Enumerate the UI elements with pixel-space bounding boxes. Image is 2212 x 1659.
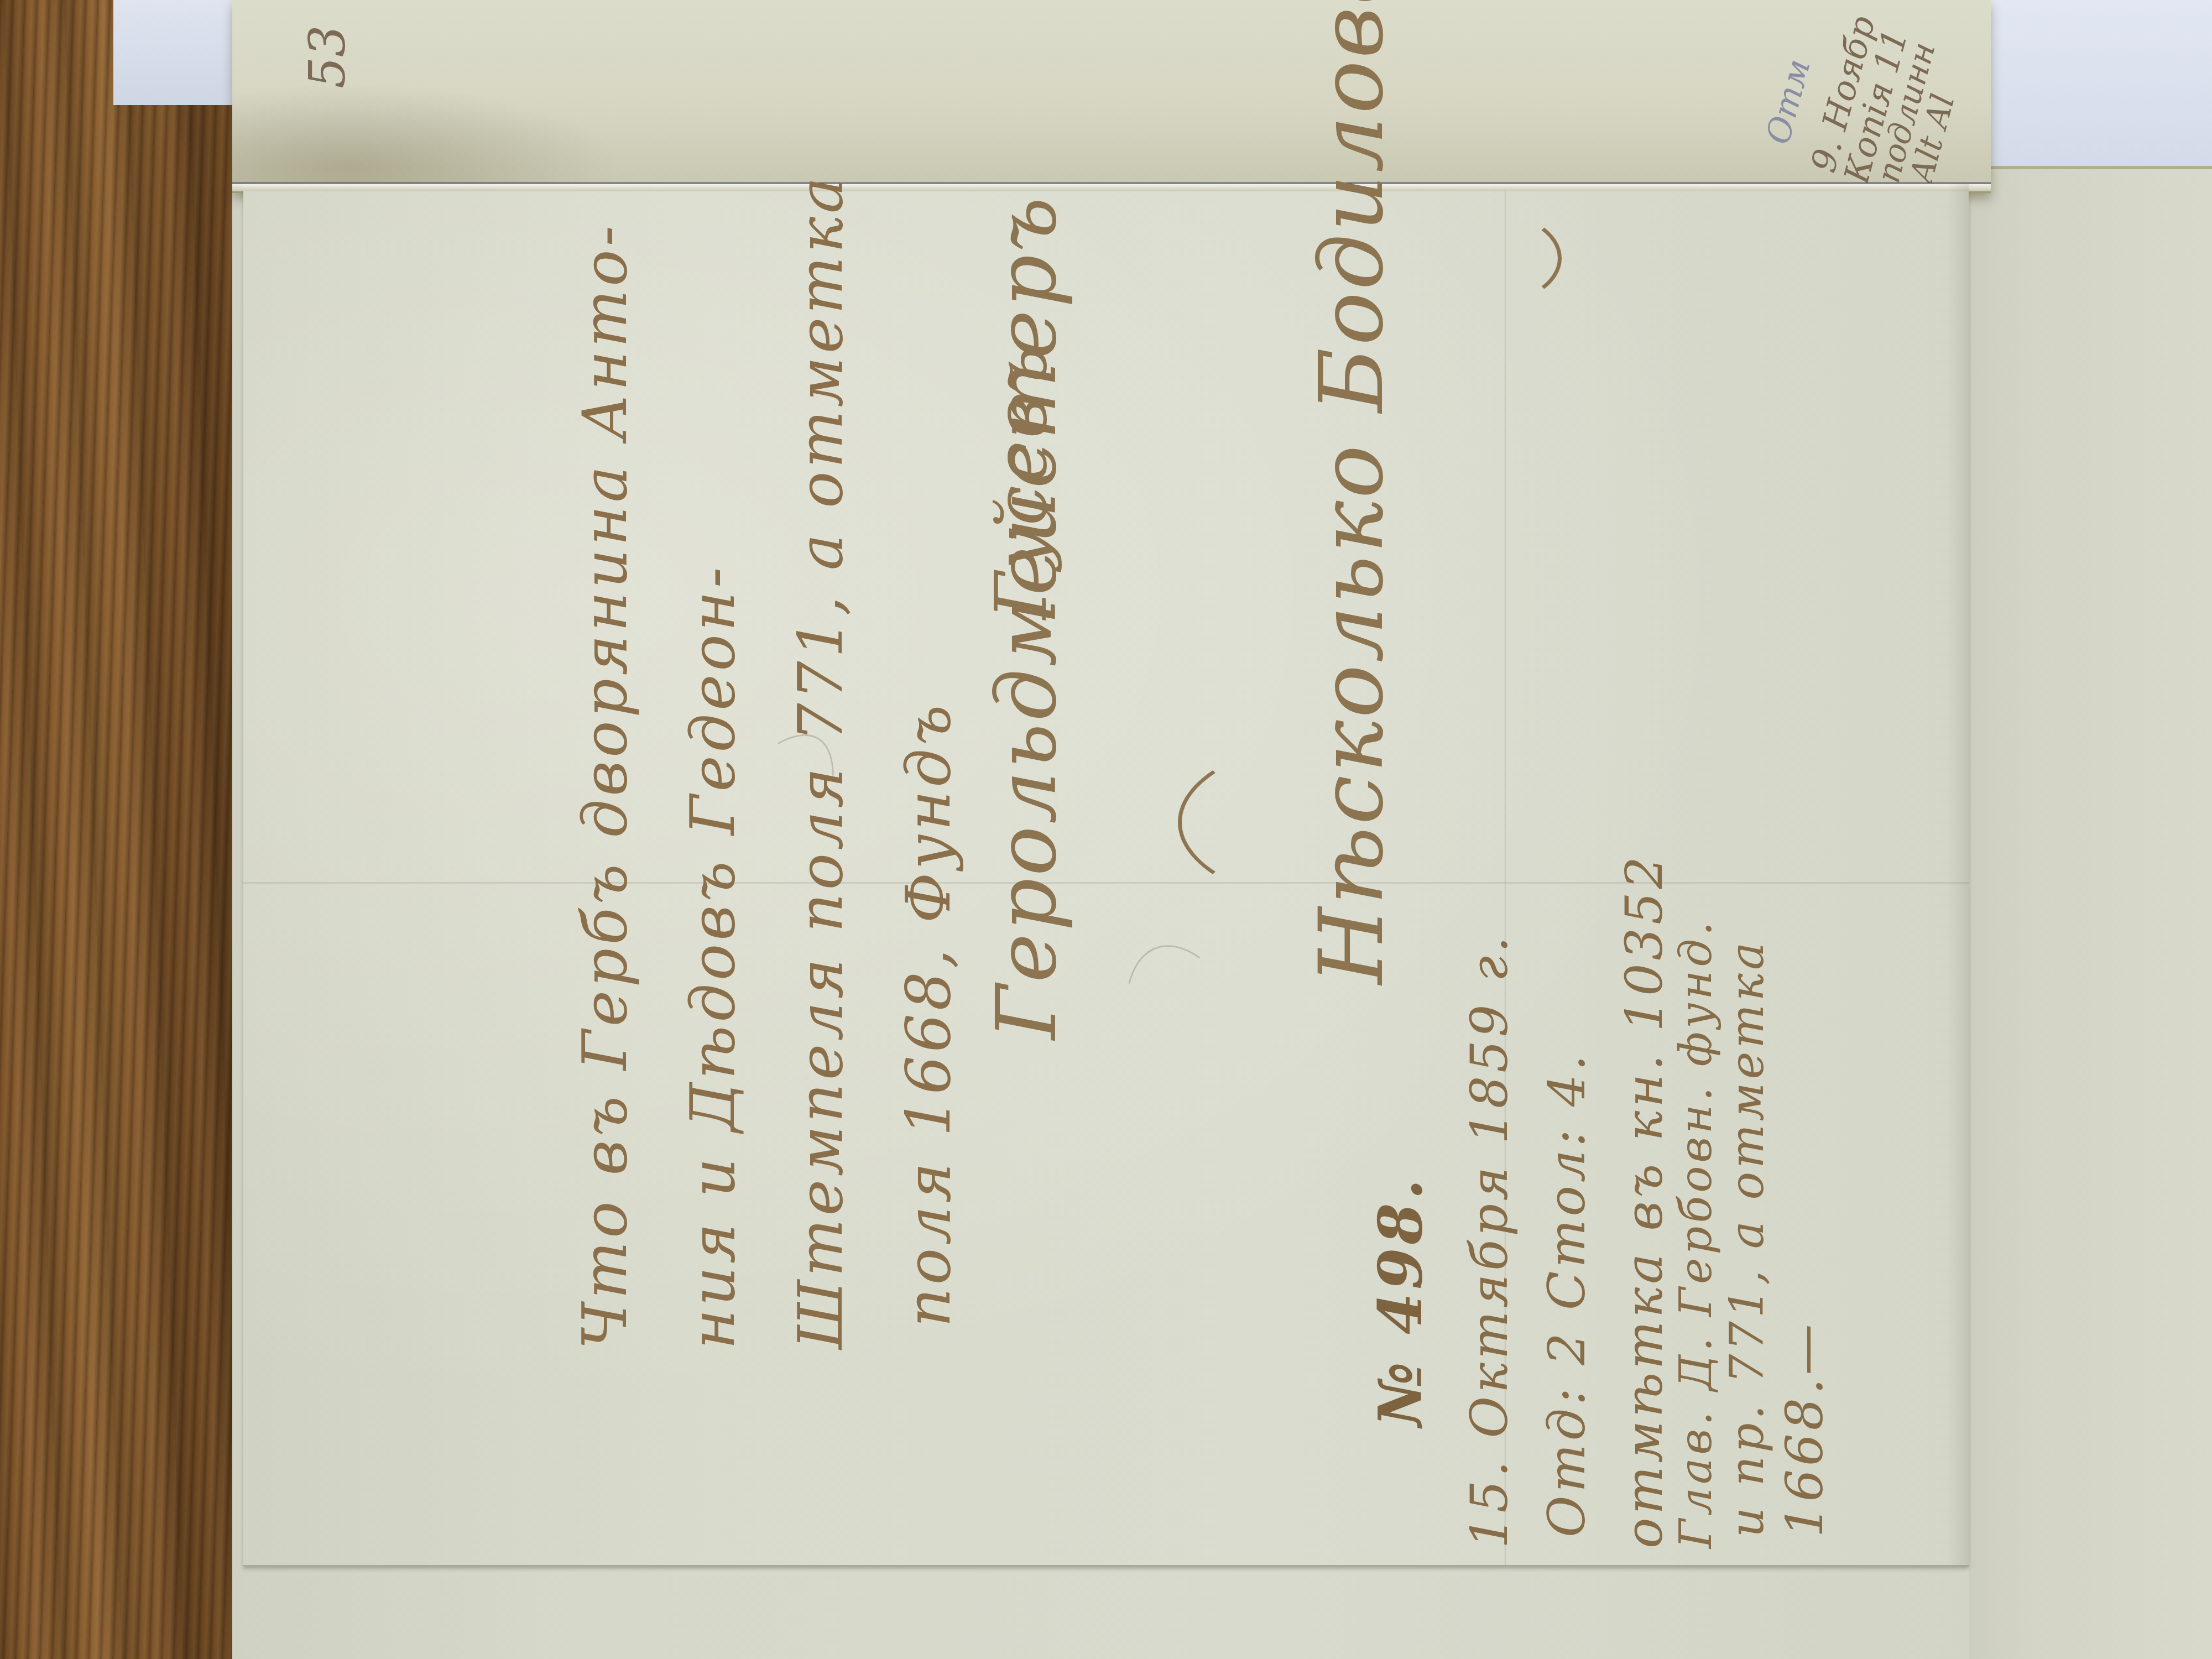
- signature-title-suffix: Гусевъ: [979, 344, 1063, 619]
- blue-backing-sheet-left: [113, 0, 241, 105]
- blue-backing-sheet-right: [1988, 0, 2212, 166]
- signature-flourish: [1178, 735, 1528, 909]
- body-line-1: Что въ Гербъ дворянина Анто-: [570, 222, 640, 1349]
- signature-flourish-end: [1410, 210, 1562, 306]
- binding-seam: [232, 182, 1991, 191]
- registration-date: 15. Октября 1859 г.: [1460, 933, 1519, 1548]
- page-shadow: [232, 83, 619, 188]
- previous-page-top: 53 Отм 9. Ноябр Копія 11 подлинн Alt Al: [232, 0, 1991, 193]
- document-edge-shadow: [1947, 182, 1969, 1565]
- wooden-table: [0, 0, 260, 1659]
- footer-line-4: отмѣтка въ кн. 10352: [1615, 853, 1674, 1548]
- footer-line-7: 1668.—: [1775, 1321, 1834, 1537]
- top-page-fragment: Отм: [1759, 55, 1818, 148]
- underlying-page-right: [1947, 166, 2212, 1659]
- fold-crease-horizontal: [243, 882, 1969, 884]
- footer-line-6: и пр. 771, а отметка: [1720, 939, 1774, 1537]
- footer-line-5: Глав. Д. Гербовн. фунд.: [1670, 919, 1721, 1548]
- department-desk: Отд: 2 Стол: 4.: [1537, 1051, 1597, 1537]
- page-number-fragment: 53: [299, 25, 357, 88]
- document-photo-scene: 53 Отм 9. Ноябр Копія 11 подлинн Alt Al …: [0, 0, 2212, 1659]
- body-line-4: поля 1668, Фундъ: [893, 702, 964, 1327]
- registration-number: № 498.: [1366, 1176, 1436, 1427]
